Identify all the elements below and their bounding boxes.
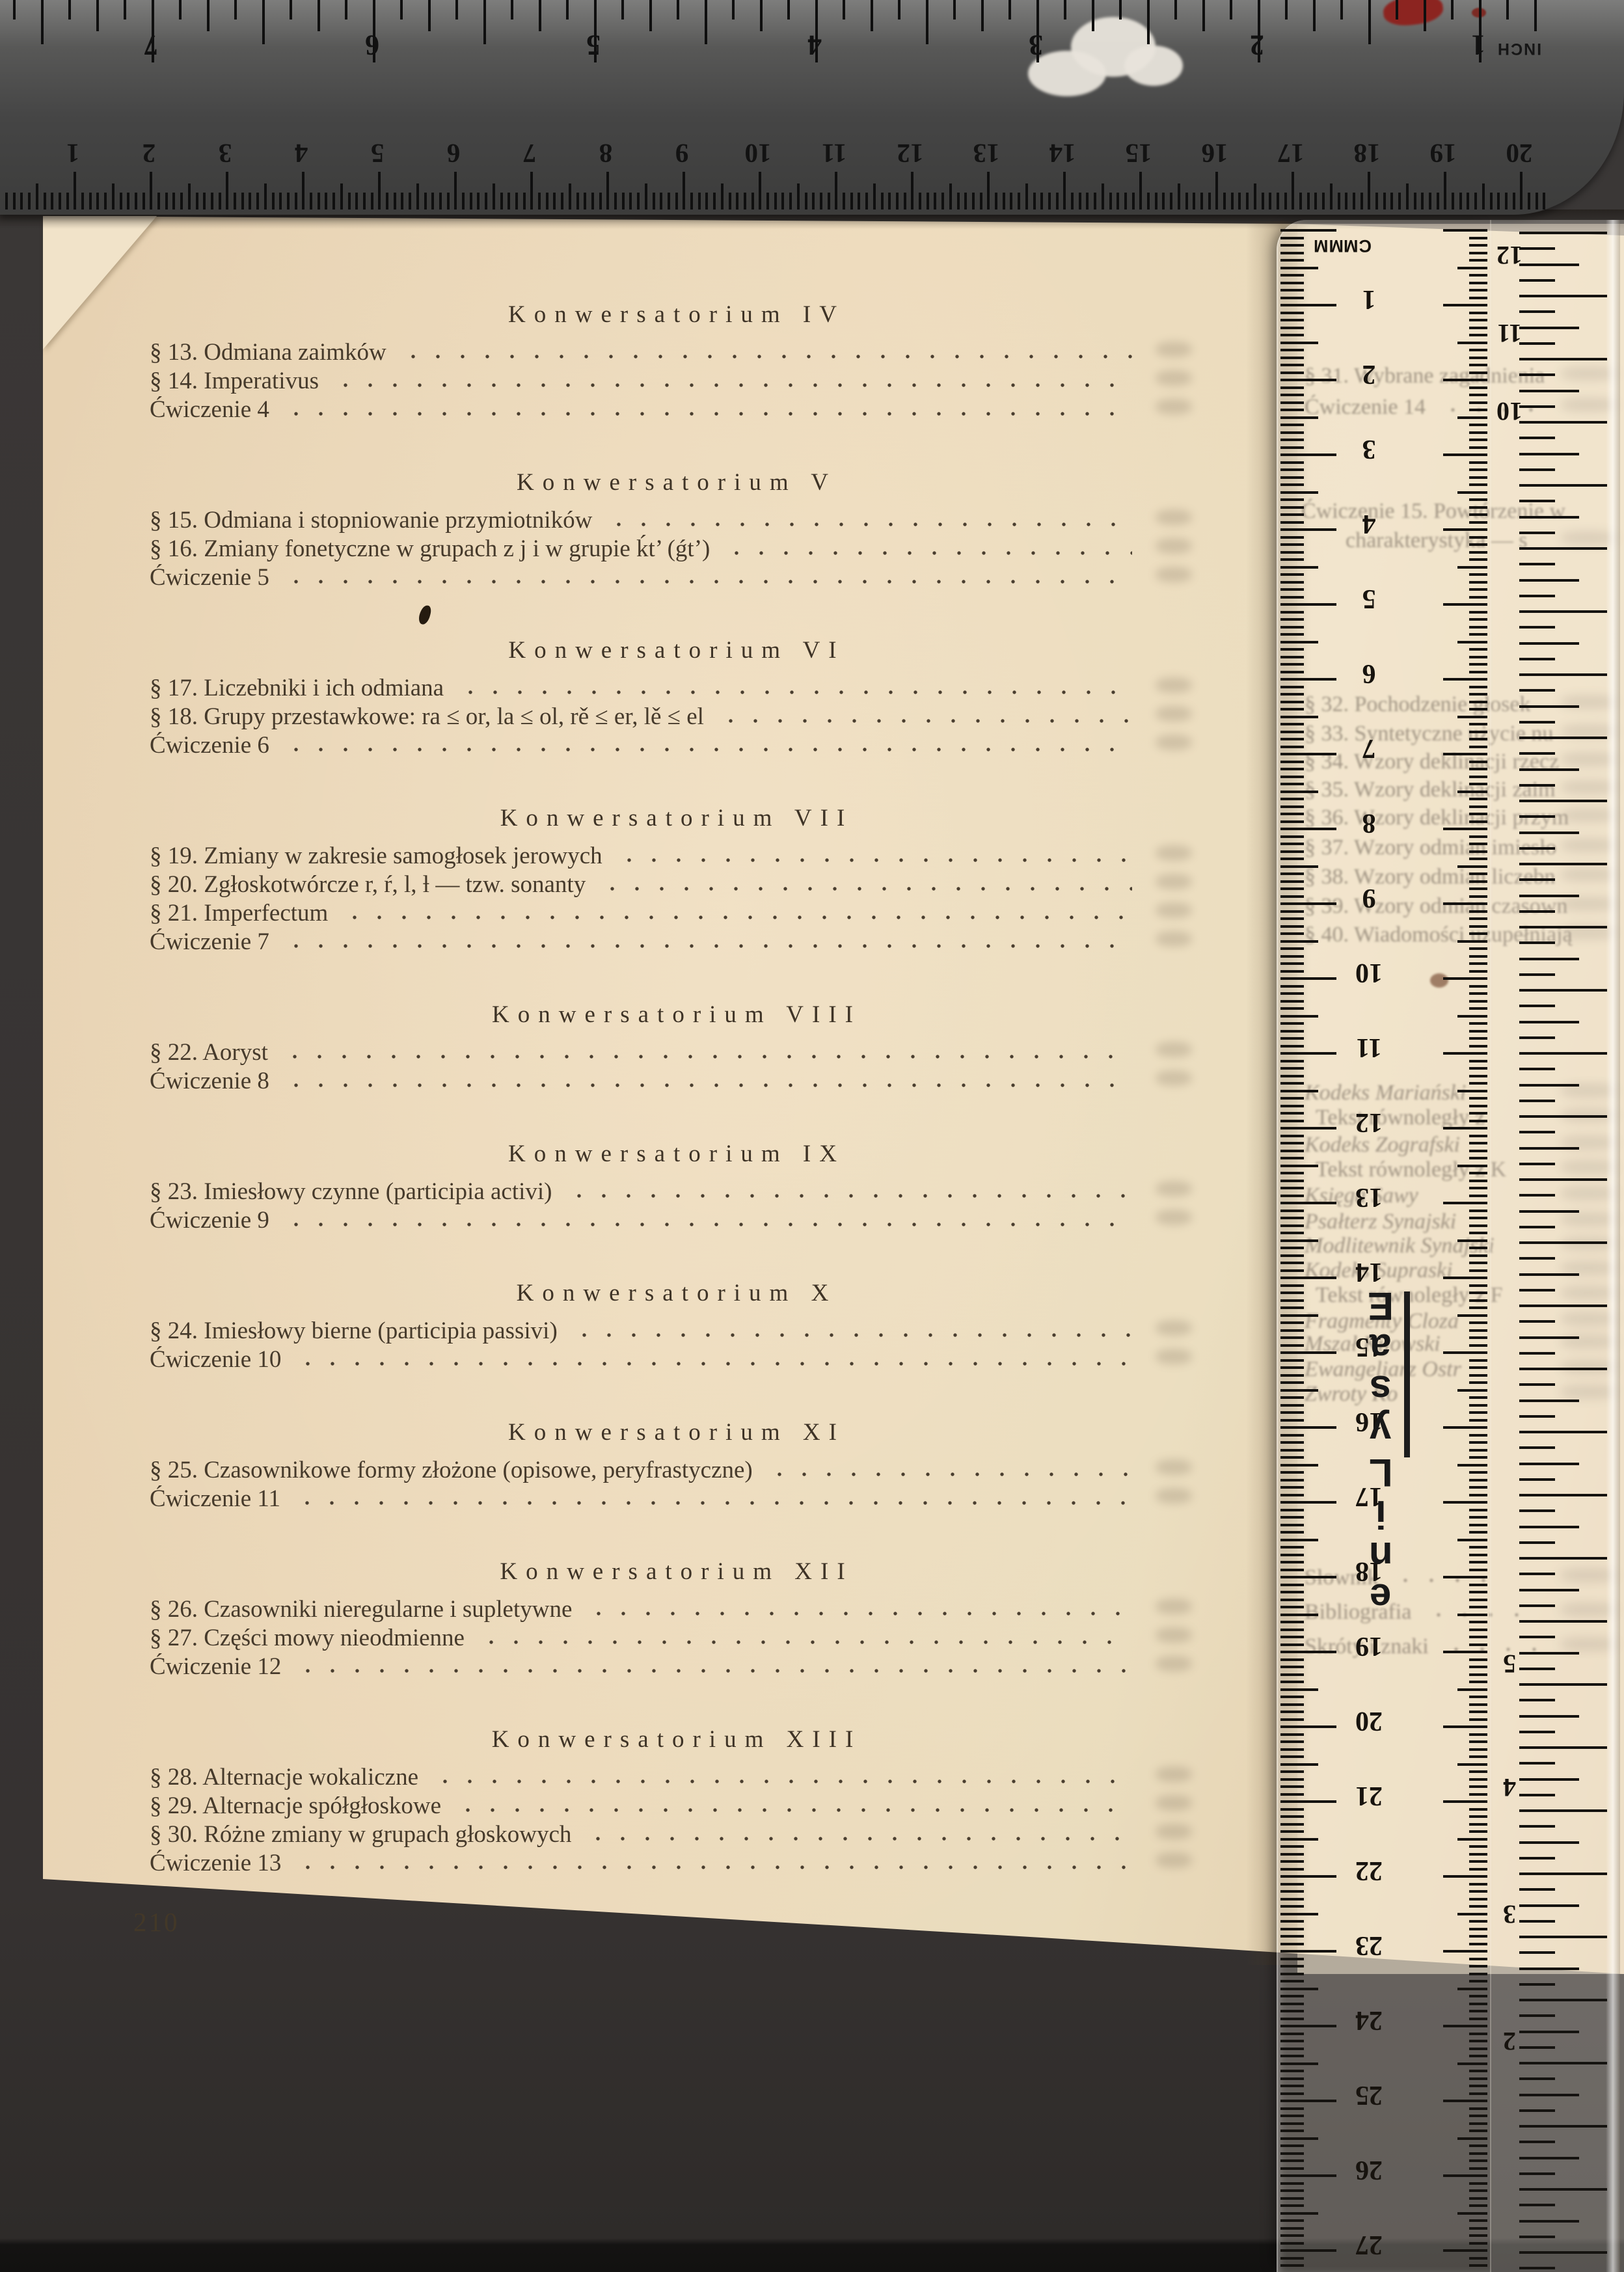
side-ruler-right-tick (1469, 1658, 1487, 1661)
cm-tick (1238, 193, 1241, 210)
side-ruler-tick (1280, 1943, 1304, 1945)
cm-tick (1018, 193, 1020, 210)
dotted-leader (280, 576, 1132, 586)
side-ruler-right-tick (1469, 289, 1487, 291)
cm-tick (89, 193, 92, 210)
toc-entry-label: Ćwiczenie 4 (150, 396, 269, 424)
side-ruler-tick (1280, 259, 1304, 262)
side-ruler-right-tick (1443, 2174, 1487, 2177)
side-ruler-tick (1280, 1217, 1304, 1219)
cm-tick (249, 193, 251, 210)
side-ruler-right-tick (1457, 791, 1487, 793)
edge-ruler-number: 5 (1489, 1649, 1530, 1679)
side-ruler-right-tick (1469, 1097, 1487, 1100)
side-ruler-tick (1280, 1800, 1336, 1803)
side-ruler-tick (1280, 603, 1336, 606)
side-ruler-tick (1280, 746, 1304, 748)
page-ref-smudge (1156, 1488, 1192, 1504)
side-ruler-right-tick (1469, 1629, 1487, 1631)
cm-tick (1132, 193, 1135, 210)
side-ruler-tick (1280, 2174, 1336, 2177)
side-ruler-right-tick (1457, 267, 1487, 269)
side-ruler-tick (1280, 1254, 1304, 1257)
edge-ruler-tick (1519, 737, 1607, 739)
cm-tick (135, 193, 137, 210)
toc-entry-label: Ćwiczenie 12 (150, 1653, 281, 1681)
side-ruler-tick (1280, 386, 1304, 389)
edge-ruler-tick (1519, 1983, 1555, 1986)
side-ruler-right-tick (1469, 925, 1487, 928)
side-ruler-right-tick (1469, 1112, 1487, 1115)
side-ruler-right-tick (1469, 2130, 1487, 2132)
side-ruler-right-tick (1469, 1973, 1487, 1975)
side-ruler-right-tick (1469, 611, 1487, 614)
cm-tick (660, 193, 662, 210)
side-ruler-tick (1280, 902, 1336, 905)
side-ruler-tick (1280, 1576, 1336, 1578)
side-ruler-tick (1280, 581, 1304, 584)
side-ruler-tick (1280, 1643, 1304, 1646)
cm-tick (500, 193, 503, 210)
edge-ruler-tick (1519, 437, 1555, 439)
side-ruler-tick (1280, 1845, 1304, 1848)
cm-tick (904, 193, 906, 210)
side-ruler-tick (1280, 476, 1304, 479)
dotted-leader (429, 1776, 1132, 1785)
cm-tick (96, 193, 99, 210)
side-ruler-tick (1280, 1651, 1336, 1653)
cm-number: 1 (47, 138, 99, 169)
inch-tick (1368, 0, 1371, 44)
side-ruler-right-tick (1457, 716, 1487, 718)
edge-ruler-tick (1519, 2157, 1579, 2159)
cm-tick (1406, 183, 1409, 210)
cm-tick (683, 172, 685, 210)
edge-ruler-highlight (1606, 220, 1620, 2272)
side-ruler-tick (1280, 917, 1304, 920)
cm-tick (507, 193, 510, 210)
edge-ruler-tick (1519, 1131, 1555, 1133)
side-ruler-tick (1280, 633, 1304, 636)
inch-tick (1064, 0, 1066, 20)
edge-ruler-tick (1519, 453, 1579, 455)
side-ruler-right-tick (1469, 498, 1487, 501)
side-ruler-tick (1280, 1606, 1304, 1608)
edge-ruler-tick (1519, 973, 1555, 976)
side-ruler-tick (1280, 297, 1304, 299)
side-ruler-tick (1280, 686, 1304, 688)
side-ruler-tick (1280, 491, 1318, 494)
inch-tick (787, 0, 790, 20)
side-ruler-tick (1280, 551, 1304, 554)
side-ruler-right-tick (1469, 2033, 1487, 2035)
toc-entry-label: § 15. Odmiana i stopniowanie przymiotnik… (150, 506, 592, 535)
side-ruler-right-tick (1469, 2257, 1487, 2260)
side-ruler-right-tick (1469, 1299, 1487, 1302)
side-ruler-tick (1280, 1037, 1304, 1040)
cm-tick (454, 172, 457, 210)
side-ruler-right-tick (1469, 1217, 1487, 1219)
cm-number: 14 (1036, 138, 1089, 169)
side-ruler-cm-number: 25 (1348, 2079, 1390, 2111)
side-ruler-tick (1280, 1785, 1304, 1788)
edge-ruler-tick (1519, 626, 1555, 629)
toc-entry-label: § 16. Zmiany fonetyczne w grupach z j i … (150, 535, 710, 563)
edge-ruler-tick (1519, 484, 1607, 487)
top-ruler: INCH 76543211234567891011121314151617181… (0, 0, 1624, 215)
cm-tick (1528, 193, 1530, 210)
cm-number: 11 (808, 138, 860, 169)
side-ruler-tick (1280, 835, 1304, 838)
side-ruler-right-tick (1469, 820, 1487, 823)
cm-tick (104, 193, 107, 210)
edge-ruler-tick (1519, 1273, 1579, 1276)
cm-tick (1490, 193, 1493, 210)
toc-row: Ćwiczenie 8 (150, 1067, 1204, 1096)
inch-tick (1285, 0, 1288, 20)
side-ruler-right-tick (1469, 1067, 1487, 1070)
side-ruler-right-tick (1469, 1344, 1487, 1347)
side-ruler-right-tick (1469, 1045, 1487, 1048)
side-ruler-tick (1280, 1411, 1304, 1414)
cm-tick (553, 193, 556, 210)
cm-tick (995, 193, 997, 210)
side-ruler-tick (1280, 1306, 1304, 1309)
side-ruler-tick (1280, 1733, 1304, 1736)
side-ruler-tick (1280, 1718, 1304, 1721)
side-ruler-right-tick (1443, 1052, 1487, 1055)
side-ruler-right-tick (1469, 618, 1487, 621)
side-ruler-right-tick (1457, 1389, 1487, 1392)
side-ruler-tick (1280, 252, 1304, 254)
inch-tick (68, 0, 71, 20)
side-ruler-tick (1280, 1860, 1304, 1863)
side-ruler-tick (1280, 716, 1318, 718)
dotted-leader (596, 884, 1132, 893)
side-ruler-tick (1280, 776, 1304, 778)
side-ruler-tick (1280, 1591, 1304, 1593)
page-ref-smudge (1156, 509, 1192, 525)
inch-number: 4 (792, 29, 837, 62)
side-ruler-tick (1280, 850, 1304, 853)
side-ruler-tick (1280, 1180, 1304, 1182)
edge-ruler-tick (1519, 1005, 1555, 1007)
side-ruler-right-tick (1469, 1928, 1487, 1930)
side-ruler-right-tick (1469, 1740, 1487, 1743)
cm-tick (812, 193, 815, 210)
side-ruler-tick (1280, 2189, 1304, 2192)
side-ruler-right-tick (1469, 1180, 1487, 1182)
edge-ruler-tick (1519, 610, 1607, 613)
side-ruler-tick (1280, 1336, 1304, 1339)
toc-entry-label: § 24. Imiesłowy bierne (participia passi… (150, 1317, 558, 1346)
page-ref-smudge (1156, 706, 1192, 722)
edge-ruler-tick (1519, 847, 1555, 850)
side-ruler-tick (1280, 2018, 1304, 2020)
edge-ruler-tick (1519, 1746, 1607, 1749)
side-ruler-right-tick (1469, 1321, 1487, 1324)
dotted-leader (582, 1608, 1132, 1617)
side-ruler-unit-label: MM (1313, 236, 1344, 256)
page-ref-smudge (1156, 874, 1192, 889)
side-ruler-tick (1280, 910, 1304, 913)
cm-tick (1299, 193, 1302, 210)
cm-tick (1254, 183, 1256, 210)
dotted-leader (329, 380, 1132, 389)
page-ref-smudge (1156, 1210, 1192, 1225)
side-ruler-right-tick (1469, 1411, 1487, 1414)
side-ruler-tick (1280, 1778, 1304, 1781)
side-ruler-tick (1280, 1150, 1304, 1152)
edge-ruler-tick (1519, 547, 1607, 550)
side-ruler-right-tick (1469, 2107, 1487, 2110)
cm-tick (797, 183, 800, 210)
side-ruler-right-tick (1469, 274, 1487, 277)
inch-number: 1 (1455, 29, 1501, 62)
brand-letter: e (1370, 1576, 1391, 1618)
cm-tick (1223, 193, 1226, 210)
cm-tick (1536, 193, 1538, 210)
inch-tick (511, 0, 513, 20)
cm-tick (332, 193, 335, 210)
edge-ruler-tick (1519, 815, 1555, 818)
side-ruler-tick (1280, 1973, 1304, 1975)
side-ruler-right-tick (1469, 1980, 1487, 1982)
edge-ruler-tick (1519, 1636, 1555, 1638)
cm-tick (606, 172, 609, 210)
cm-tick (805, 193, 807, 210)
edge-ruler-tick (1519, 642, 1579, 645)
side-ruler-right-tick (1469, 1404, 1487, 1407)
edge-ruler-tick (1519, 1352, 1555, 1355)
side-ruler-tick (1280, 1329, 1304, 1332)
side-ruler-right-tick (1469, 985, 1487, 988)
toc-row: Ćwiczenie 12 (150, 1653, 1204, 1681)
page-ref-smudge (1156, 1320, 1192, 1336)
side-ruler-right-tick (1469, 2264, 1487, 2267)
cm-tick (1322, 193, 1325, 210)
side-ruler-right-tick (1443, 603, 1487, 606)
side-ruler-right-tick (1457, 865, 1487, 868)
side-ruler-tick (1280, 596, 1304, 599)
side-ruler-right-tick (1469, 1224, 1487, 1227)
edge-ruler-tick (1519, 563, 1555, 565)
side-ruler-right-tick (1469, 2189, 1487, 2192)
side-ruler-cm-number: 10 (1348, 957, 1390, 988)
side-ruler-right-tick (1469, 543, 1487, 546)
inch-tick (871, 0, 873, 31)
edge-ruler-tick (1519, 421, 1607, 424)
side-ruler-right-tick (1457, 2212, 1487, 2215)
side-ruler-right-tick (1469, 1187, 1487, 1189)
side-ruler-right-tick (1443, 678, 1487, 681)
side-ruler-right-tick (1469, 798, 1487, 800)
cm-tick (219, 193, 221, 210)
side-ruler-right-tick (1469, 663, 1487, 666)
edge-ruler-tick (1519, 1762, 1555, 1765)
edge-ruler-tick (1519, 1336, 1579, 1339)
toc-row: § 13. Odmiana zaimków (150, 338, 1204, 367)
side-ruler-cm-number: 24 (1348, 2005, 1390, 2036)
edge-ruler-tick (1519, 1509, 1555, 1512)
side-ruler-right-tick (1469, 1868, 1487, 1871)
side-ruler-cm-number: 21 (1348, 1780, 1390, 1811)
cm-number: 7 (504, 138, 556, 169)
cm-tick (820, 193, 822, 210)
photo-scene: § 31. Wybrane zagadnieniaĆwiczenie 14Ćwi… (0, 0, 1624, 2272)
side-ruler-tick (1280, 327, 1304, 329)
side-ruler-right-tick (1469, 1823, 1487, 1826)
side-ruler-right-tick (1443, 2025, 1487, 2027)
side-ruler-tick (1280, 1539, 1318, 1541)
side-ruler-right-tick (1443, 828, 1487, 830)
side-ruler-right-tick (1469, 2070, 1487, 2072)
side-ruler-right-tick (1469, 252, 1487, 254)
cm-tick (538, 193, 541, 210)
cm-tick (1543, 193, 1545, 210)
side-ruler-cm-number: 4 (1348, 508, 1390, 539)
side-ruler-tick (1280, 1172, 1304, 1174)
side-ruler-right-tick (1469, 1531, 1487, 1534)
side-ruler-right-tick (1443, 2100, 1487, 2102)
cm-tick (424, 193, 427, 210)
side-ruler-tick (1280, 1097, 1304, 1100)
side-ruler-right-tick (1469, 237, 1487, 239)
side-ruler-tick (1280, 334, 1304, 336)
cm-tick (1071, 193, 1074, 210)
inch-tick (1147, 0, 1150, 44)
cm-tick (919, 193, 921, 210)
cm-tick (1383, 193, 1386, 210)
dotted-leader (602, 519, 1132, 528)
edge-ruler-number: 4 (1489, 1772, 1530, 1803)
inch-tick (262, 0, 265, 44)
cm-tick (1368, 172, 1370, 210)
side-ruler-tick (1280, 2085, 1304, 2087)
side-ruler-tick (1280, 498, 1304, 501)
dotted-leader (397, 351, 1132, 360)
side-ruler-tick (1280, 2197, 1304, 2200)
cm-tick (705, 193, 708, 210)
inch-tick (539, 0, 541, 31)
side-ruler-tick (1280, 798, 1304, 800)
side-ruler-tick (1280, 1262, 1304, 1264)
side-ruler-right-tick (1469, 1584, 1487, 1586)
edge-ruler-tick (1519, 1888, 1555, 1891)
side-ruler-right-tick (1443, 1426, 1487, 1429)
side-ruler-cm-number: 2 (1348, 358, 1390, 390)
page-ref-smudge (1156, 735, 1192, 750)
side-ruler-right-tick (1469, 2144, 1487, 2147)
section-heading: Konwersatorium XII (150, 1558, 1204, 1586)
edge-ruler-tick (1519, 1857, 1555, 1860)
cm-tick (81, 193, 84, 210)
cm-tick (850, 193, 853, 210)
side-ruler-tick (1280, 2033, 1304, 2035)
side-ruler-right-tick (1469, 813, 1487, 815)
side-ruler-tick (1280, 1396, 1304, 1399)
side-ruler-cm-number: 22 (1348, 1855, 1390, 1886)
edge-ruler-tick (1519, 1100, 1555, 1102)
side-ruler-right-tick (1443, 1800, 1487, 1803)
edge-ruler-tick (1519, 768, 1579, 771)
side-ruler-tick (1280, 947, 1304, 950)
inch-tick (96, 0, 99, 31)
side-ruler-tick (1280, 1666, 1304, 1668)
edge-ruler-tick (1519, 1620, 1607, 1623)
side-ruler-right-tick (1469, 1606, 1487, 1608)
side-ruler-right-tick (1469, 2040, 1487, 2042)
side-ruler-tick (1280, 1711, 1304, 1713)
side-ruler-right-tick (1469, 2048, 1487, 2050)
side-ruler-right-tick (1469, 1037, 1487, 1040)
side-ruler-tick (1280, 880, 1304, 883)
cm-tick (1482, 183, 1485, 210)
inch-tick (13, 0, 16, 20)
side-ruler-tick (1280, 2212, 1318, 2215)
side-ruler-tick (1280, 1374, 1304, 1377)
side-ruler-right-tick (1469, 1494, 1487, 1496)
toc-row: § 23. Imiesłowy czynne (participia activ… (150, 1178, 1204, 1206)
side-ruler-tick (1280, 1030, 1304, 1033)
edge-ruler-tick (1519, 895, 1579, 897)
section-heading: Konwersatorium X (150, 1279, 1204, 1308)
toc-row: § 29. Alternacje spółgłoskowe (150, 1792, 1204, 1820)
side-ruler-tick (1280, 813, 1304, 815)
side-ruler-tick (1280, 678, 1336, 681)
side-ruler-tick (1280, 768, 1304, 770)
side-ruler-right-tick (1469, 483, 1487, 486)
cm-tick (165, 193, 168, 210)
edge-ruler-tick (1519, 1241, 1607, 1244)
edge-ruler-tick (1519, 1541, 1555, 1544)
dotted-leader (714, 716, 1132, 725)
page-ref-smudge (1156, 1852, 1192, 1868)
edge-ruler-tick (1519, 705, 1579, 708)
side-ruler-tick (1280, 1112, 1304, 1115)
cm-number: 3 (199, 138, 251, 169)
cm-tick (13, 193, 16, 210)
edge-ruler-tick (1519, 658, 1555, 660)
cm-tick (614, 193, 617, 210)
cm-number: 17 (1265, 138, 1317, 169)
side-ruler-right-tick (1469, 671, 1487, 673)
side-ruler-right-tick (1469, 439, 1487, 441)
cm-tick (226, 172, 228, 210)
toc-entry-label: Ćwiczenie 10 (150, 1346, 281, 1374)
side-ruler-right-tick (1469, 1456, 1487, 1459)
side-ruler-tick (1280, 2219, 1304, 2222)
side-ruler-right-tick (1469, 1681, 1487, 1683)
edge-ruler-tick (1519, 2220, 1579, 2223)
cm-tick (1178, 183, 1180, 210)
side-ruler-tick (1280, 761, 1304, 763)
inch-tick (345, 0, 347, 20)
brand-letter: a (1370, 1327, 1391, 1368)
inch-tick (1092, 0, 1094, 31)
cm-tick (1215, 172, 1218, 210)
side-ruler-right-tick (1469, 461, 1487, 464)
side-ruler-tick (1280, 1629, 1304, 1631)
inch-tick (621, 0, 624, 20)
side-ruler-right-tick (1469, 1524, 1487, 1526)
cm-tick (1307, 193, 1310, 210)
side-ruler-tick (1280, 1060, 1304, 1062)
side-ruler-right-tick (1443, 304, 1487, 306)
page-ref-smudge (1156, 931, 1192, 947)
side-ruler-right-tick (1469, 656, 1487, 658)
edge-ruler-tick (1519, 721, 1555, 724)
